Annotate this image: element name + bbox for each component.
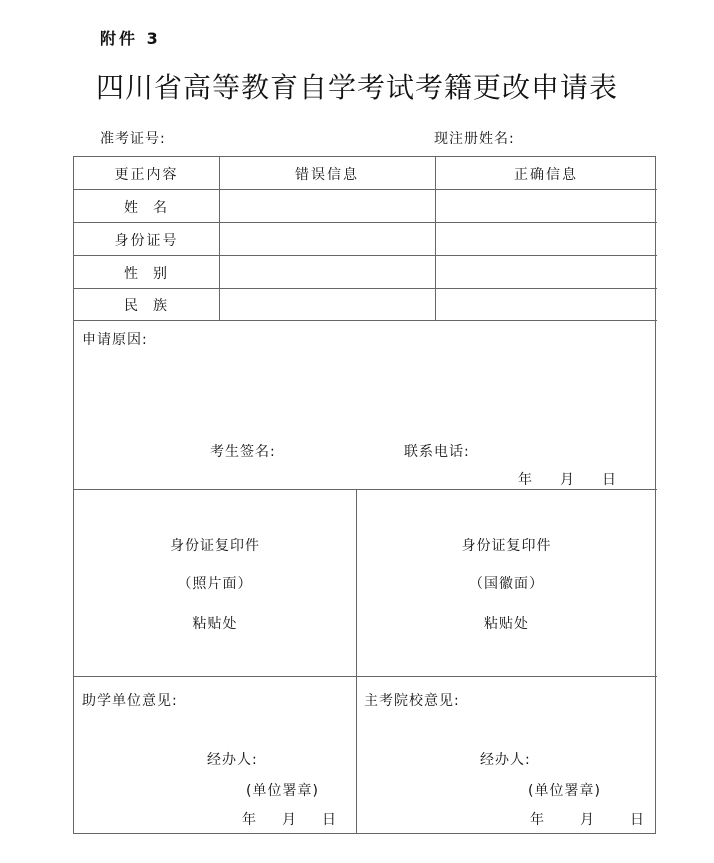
id-front-line1: 身份证复印件 <box>74 535 356 555</box>
row-label-id-number: 身份证号 <box>74 223 219 256</box>
row-divider <box>74 489 657 490</box>
id-back-line3: 粘贴处 <box>356 613 657 633</box>
exam-school-handler-label: 经办人: <box>480 749 531 769</box>
correct-gender-field[interactable] <box>436 256 656 288</box>
correct-name-field[interactable] <box>436 190 656 222</box>
assist-unit-opinion-label: 助学单位意见: <box>82 690 178 710</box>
wrong-name-field[interactable] <box>220 190 434 222</box>
assist-unit-stamp-label: (单位署章) <box>246 780 319 800</box>
row-label-gender: 性 别 <box>74 256 219 289</box>
correct-ethnicity-field[interactable] <box>436 289 656 320</box>
id-back-line2: （国徽面） <box>356 573 657 593</box>
assist-unit-date-day: 日 <box>322 809 337 829</box>
id-front-line2: （照片面） <box>74 573 356 593</box>
student-signature-label: 考生签名: <box>210 441 276 461</box>
exam-school-date-month: 月 <box>580 809 595 829</box>
date-day: 日 <box>602 469 617 489</box>
exam-school-date-day: 日 <box>630 809 645 829</box>
exam-id-label: 准考证号: <box>100 128 166 148</box>
correct-id-number-field[interactable] <box>436 223 656 255</box>
assist-unit-handler-label: 经办人: <box>207 749 258 769</box>
exam-school-stamp-label: (单位署章) <box>528 780 601 800</box>
wrong-gender-field[interactable] <box>220 256 434 288</box>
exam-school-date-year: 年 <box>530 809 545 829</box>
row-label-name: 姓 名 <box>74 190 219 223</box>
exam-school-opinion-label: 主考院校意见: <box>364 690 460 710</box>
column-header-correct: 正确信息 <box>435 157 657 190</box>
row-divider <box>74 676 657 677</box>
wrong-ethnicity-field[interactable] <box>220 289 434 320</box>
contact-phone-label: 联系电话: <box>404 441 470 461</box>
date-year: 年 <box>518 469 533 489</box>
assist-unit-date-year: 年 <box>242 809 257 829</box>
reason-label: 申请原因: <box>82 329 148 349</box>
application-form-table: 更正内容 错误信息 正确信息 姓 名 身份证号 性 别 民 族 申请原因: 考生… <box>73 156 656 834</box>
annex-label: 附件 3 <box>100 26 161 49</box>
column-header-wrong: 错误信息 <box>219 157 435 190</box>
column-header-field: 更正内容 <box>74 157 219 190</box>
id-back-line1: 身份证复印件 <box>356 535 657 555</box>
wrong-id-number-field[interactable] <box>220 223 434 255</box>
date-month: 月 <box>560 469 575 489</box>
assist-unit-date-month: 月 <box>282 809 297 829</box>
row-label-ethnicity: 民 族 <box>74 289 219 321</box>
current-name-label: 现注册姓名: <box>434 128 515 148</box>
id-front-line3: 粘贴处 <box>74 613 356 633</box>
form-title: 四川省高等教育自学考试考籍更改申请表 <box>0 66 714 106</box>
